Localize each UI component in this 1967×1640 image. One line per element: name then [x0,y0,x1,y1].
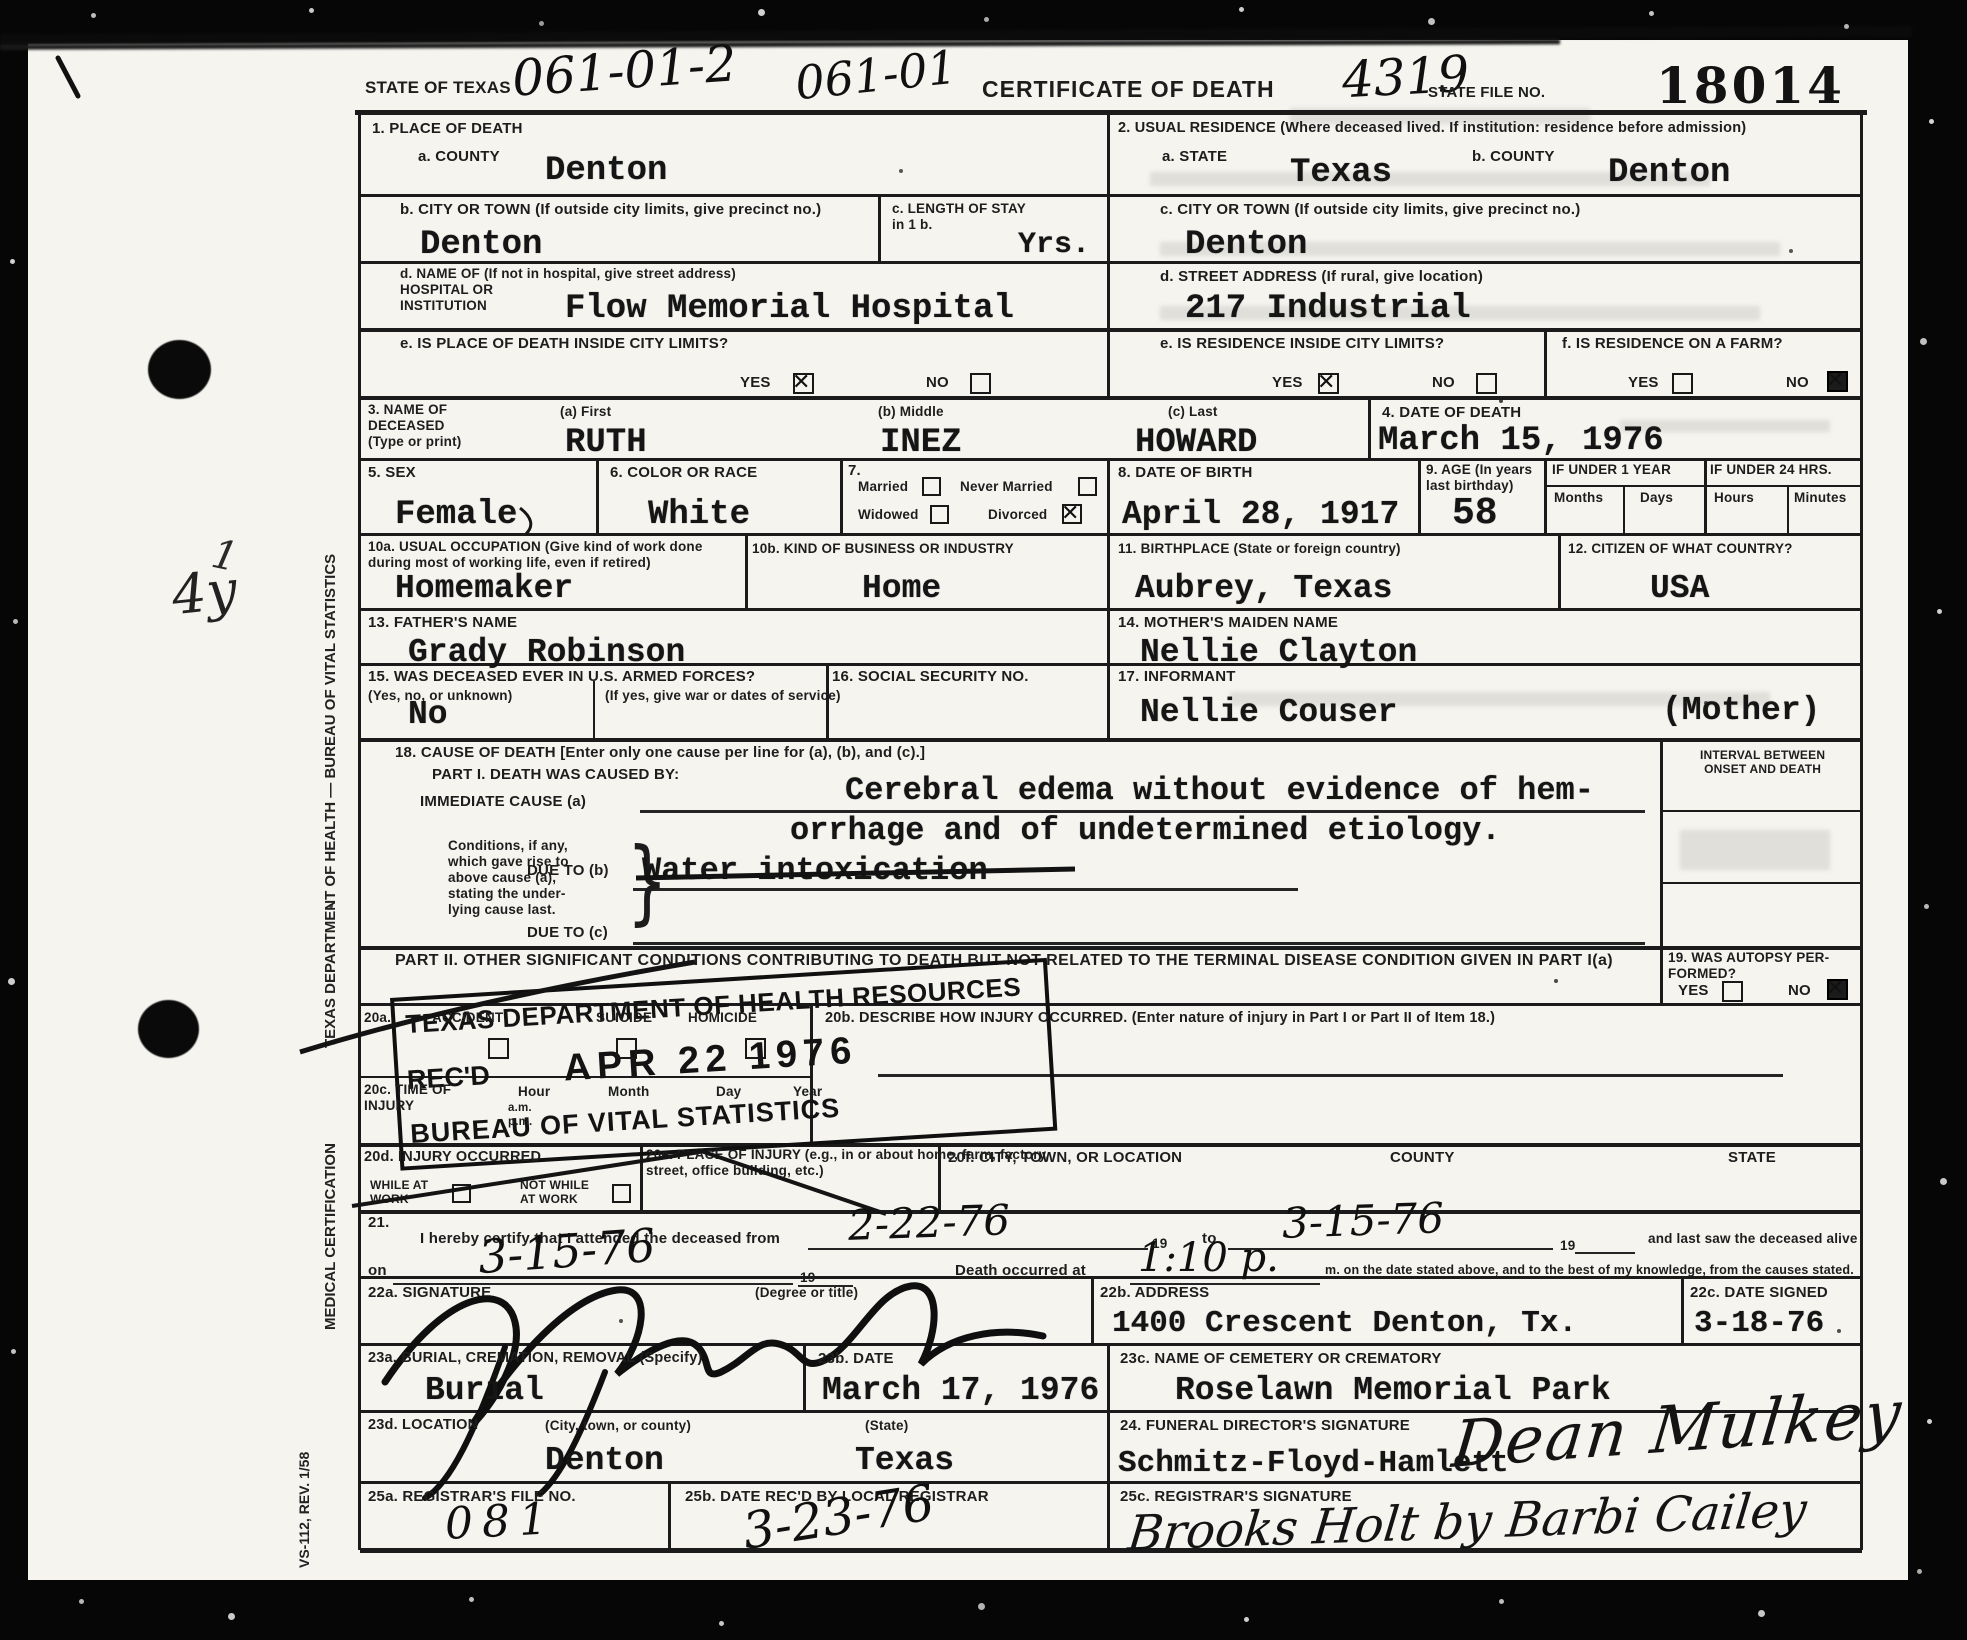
physician-address-value: 1400 Crescent Denton, Tx. [1112,1306,1577,1341]
not-while-at-work-checkbox [612,1184,631,1203]
handwritten-code-1: 061-01-2 [511,38,739,104]
certificate-title: CERTIFICATE OF DEATH [982,76,1275,103]
death-time: 1:10 p. [1138,1238,1279,1278]
residence-city-label: c. CITY OR TOWN (If outside city limits,… [1160,201,1580,219]
informant-label: 17. INFORMANT [1118,668,1236,686]
margin-form-code: VS-112, REV. 1/58 [296,1452,312,1568]
residence-state-value: Texas [1290,154,1392,192]
father-name-label: 13. FATHER'S NAME [368,614,517,632]
occupation-label: 10a. USUAL OCCUPATION (Give kind of work… [368,539,703,571]
address-label: 22b. ADDRESS [1100,1284,1209,1302]
yes-label: YES [1628,374,1659,392]
punch-hole [138,1000,199,1058]
mother-name-value: Nellie Clayton [1140,634,1417,671]
age-value: 58 [1452,492,1498,535]
interval-label: INTERVAL BETWEEN ONSET AND DEATH [1700,748,1825,776]
last-name-value: HOWARD [1135,424,1257,462]
not-while-at-work-label: NOT WHILE AT WORK [520,1178,589,1206]
married-checkbox [922,477,941,496]
ampm-label: a.m. p.m. [508,1102,532,1129]
marital-item-label: 7. [848,462,861,480]
homicide-checkbox [745,1038,766,1059]
item-21-label: 21. [368,1214,389,1232]
cemetery-label: 23c. NAME OF CEMETERY OR CREMATORY [1120,1350,1442,1368]
yes-label: YES [1678,982,1709,1000]
burial-value: Burial [425,1372,544,1409]
state-file-no-label: STATE FILE NO. [1428,84,1545,102]
autopsy-yes-checkbox [1722,981,1743,1002]
residence-farm-yes-checkbox [1672,373,1693,394]
place-city-value: Denton [420,226,542,264]
location-city-sub-label: (City, town, or county) [545,1418,691,1434]
length-of-stay-unit: Yrs. [1018,228,1090,262]
immediate-cause-label: IMMEDIATE CAUSE (a) [420,793,586,811]
item-20a-label: 20a. [364,1010,391,1026]
day-label: Day [716,1084,741,1100]
date-of-death-label: 4. DATE OF DEATH [1382,404,1521,422]
certify-text-3: m. on the date stated above, and to the … [1325,1263,1854,1278]
informant-value: Nellie Couser [1140,694,1397,731]
location-state-value: Texas [855,1442,954,1479]
injury-state-label: STATE [1728,1149,1776,1167]
state-file-number: 18014 [1656,56,1845,115]
no-label: NO [1788,982,1811,1000]
place-of-death-section-label: 1. PLACE OF DEATH [372,120,523,138]
burial-date-value: March 17, 1976 [822,1372,1099,1409]
business-label: 10b. KIND OF BUSINESS OR INDUSTRY [752,541,1014,557]
suicide-label: SUICIDE [596,1010,652,1026]
birthplace-label: 11. BIRTHPLACE (State or foreign country… [1118,541,1401,557]
yes-label: YES [740,374,771,392]
attended-from-date: 2-22-76 [847,1199,1010,1247]
first-name-value: RUTH [565,424,647,462]
informant-relation: (Mother) [1662,692,1820,729]
residence-street-label: d. STREET ADDRESS (If rural, give locati… [1160,268,1483,286]
never-married-label: Never Married [960,479,1053,495]
time-of-injury-label: 20c. TIME OF INJURY [364,1082,451,1114]
father-name-value: Grady Robinson [408,634,685,671]
cause-of-death-section-label: 18. CAUSE OF DEATH [Enter only one cause… [395,744,925,762]
last-name-label: (c) Last [1168,404,1218,420]
first-name-label: (a) First [560,404,611,420]
location-label: 23d. LOCATION [368,1417,478,1434]
year-prefix: 19 [1560,1238,1575,1254]
deceased-name-label: 3. NAME OF DECEASED (Type or print) [368,402,462,450]
place-inside-city-label: e. IS PLACE OF DEATH INSIDE CITY LIMITS? [400,335,728,353]
date-signed-value: 3-18-76 [1694,1306,1824,1341]
residence-inside-city-yes-checkbox [1318,373,1339,394]
divorced-label: Divorced [988,507,1047,523]
citizen-label: 12. CITIZEN OF WHAT COUNTRY? [1568,541,1793,557]
margin-department-text: TEXAS DEPARTMENT OF HEALTH — BUREAU OF V… [322,554,339,1048]
citizen-value: USA [1650,570,1709,607]
due-to-c-label: DUE TO (c) [527,924,608,942]
residence-street-value: 217 Industrial [1185,290,1471,328]
place-inside-city-no-checkbox [970,373,991,394]
length-of-stay-label: c. LENGTH OF STAY in 1 b. [892,201,1026,233]
hours-label: Hours [1714,490,1754,506]
widowed-label: Widowed [858,507,919,523]
place-city-label: b. CITY OR TOWN (If outside city limits,… [400,201,821,219]
while-at-work-label: WHILE AT WORK [370,1178,428,1206]
due-to-b-label: DUE TO (b) [527,862,609,880]
ssn-label: 16. SOCIAL SECURITY NO. [832,668,1029,686]
homicide-label: HOMICIDE [688,1010,757,1026]
injury-county-label: COUNTY [1390,1149,1455,1167]
autopsy-no-checkbox [1827,979,1848,1000]
residence-city-value: Denton [1185,226,1307,264]
minutes-label: Minutes [1794,490,1846,506]
hour-label: Hour [518,1084,550,1100]
attended-to-date: 3-15-76 [1281,1197,1444,1245]
injury-occurred-label: 20d. INJURY OCCURRED [364,1149,541,1166]
hospital-value: Flow Memorial Hospital [565,290,1014,328]
birthplace-value: Aubrey, Texas [1135,570,1392,607]
yes-label: YES [1272,374,1303,392]
middle-name-label: (b) Middle [878,404,944,420]
residence-farm-no-checkbox [1827,371,1848,392]
residence-section-label: 2. USUAL RESIDENCE (Where deceased lived… [1118,120,1746,137]
due-to-b-value: Water intoxication [642,852,988,889]
race-value: White [648,496,750,534]
part1-label: PART I. DEATH WAS CAUSED BY: [432,766,679,784]
business-value: Home [862,570,941,607]
residence-county-value: Denton [1608,154,1730,192]
mother-name-label: 14. MOTHER'S MAIDEN NAME [1118,614,1338,632]
married-label: Married [858,479,908,495]
pencil-note: 4y [169,563,239,623]
divorced-checkbox [1062,504,1082,524]
location-city-value: Denton [545,1442,664,1479]
death-certificate-scan: STATE OF TEXAS 061-01-2 061-01 CERTIFICA… [0,0,1967,1640]
no-label: NO [1432,374,1455,392]
place-county-label: a. COUNTY [418,148,500,166]
burial-label: 23a. BURIAL, CREMATION, REMOVAL (Specify… [368,1350,703,1367]
accident-label: ACCIDENT [432,1010,503,1026]
while-at-work-checkbox [452,1184,471,1203]
scan-noise [0,0,2,2]
middle-name-value: INEZ [880,424,962,462]
state-of-texas-label: STATE OF TEXAS [365,78,511,98]
immediate-cause-line1: Cerebral edema without evidence of hem- [845,772,1594,809]
date-of-death-value: March 15, 1976 [1378,422,1664,460]
armed-forces-sub2: (If yes, give war or dates of service) [605,688,841,704]
accident-checkbox [488,1038,509,1059]
date-signed-label: 22c. DATE SIGNED [1690,1284,1828,1302]
certify-text-2: and last saw the deceased alive [1648,1231,1858,1247]
no-label: NO [926,374,949,392]
age-label: 9. AGE (In years last birthday) [1426,462,1532,494]
date-of-birth-label: 8. DATE OF BIRTH [1118,464,1253,482]
registrar-file-value: 081 [444,1497,557,1547]
funeral-director-label: 24. FUNERAL DIRECTOR'S SIGNATURE [1120,1417,1410,1435]
days-label: Days [1640,490,1673,506]
punch-hole [148,340,211,399]
residence-county-label: b. COUNTY [1472,148,1555,166]
suicide-checkbox [616,1038,637,1059]
stamp-line3: BUREAU OF VITAL STATISTICS [409,1093,841,1150]
sex-value: Female [395,496,517,534]
place-inside-city-yes-checkbox [793,373,814,394]
burial-date-label: 23b. DATE [818,1350,894,1368]
immediate-cause-line2: orrhage and of undetermined etiology. [790,812,1501,849]
sex-label: 5. SEX [368,464,416,482]
residence-inside-city-no-checkbox [1476,373,1497,394]
describe-injury-label: 20b. DESCRIBE HOW INJURY OCCURRED. (Ente… [825,1010,1495,1027]
injury-city-label: 20f. CITY, TOWN, OR LOCATION [948,1149,1182,1167]
armed-forces-value: No [408,696,448,733]
if-under-1-year-label: IF UNDER 1 YEAR [1552,462,1671,478]
residence-inside-city-label: e. IS RESIDENCE INSIDE CITY LIMITS? [1160,335,1444,353]
occupation-value: Homemaker [395,570,573,607]
residence-farm-label: f. IS RESIDENCE ON A FARM? [1562,335,1783,353]
month-label: Month [608,1084,649,1100]
if-under-24-hrs-label: IF UNDER 24 HRS. [1710,462,1832,478]
months-label: Months [1554,490,1603,506]
date-of-birth-value: April 28, 1917 [1122,496,1399,533]
never-married-checkbox [1078,477,1097,496]
year-label: Year [793,1084,822,1100]
widowed-checkbox [930,505,949,524]
autopsy-label: 19. WAS AUTOPSY PER- FORMED? [1668,950,1829,982]
race-label: 6. COLOR OR RACE [610,464,757,482]
residence-state-label: a. STATE [1162,148,1227,166]
no-label: NO [1786,374,1809,392]
margin-medical-certification-text: MEDICAL CERTIFICATION [322,1143,339,1330]
armed-forces-label: 15. WAS DECEASED EVER IN U.S. ARMED FORC… [368,668,755,686]
stamp-date: APR 22 1976 [562,1030,858,1091]
location-state-sub-label: (State) [865,1418,908,1434]
place-county-value: Denton [545,152,667,190]
